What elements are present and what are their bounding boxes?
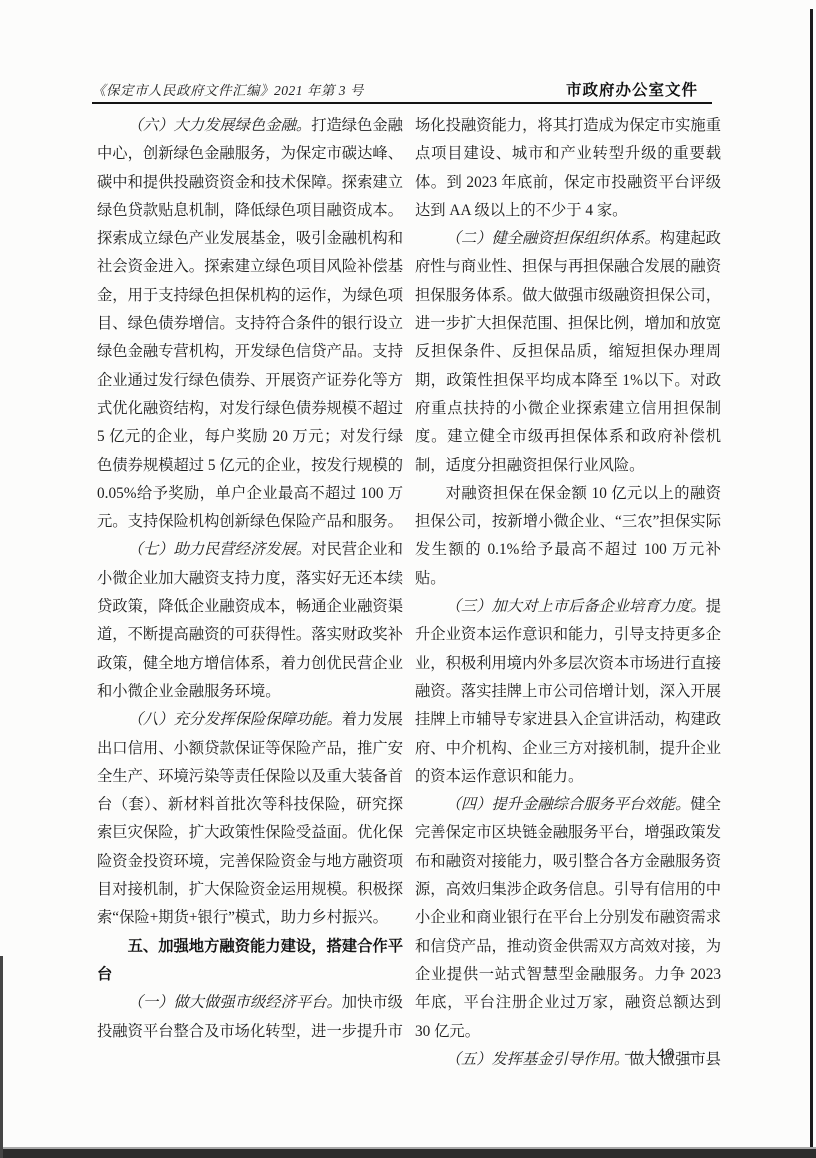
section-heading-5: 五、加强地方融资能力建设，搭建合作平台: [97, 933, 403, 990]
left-column: （六）大力发展绿色金融。打造绿色金融中心，创新绿色金融服务，为保定市碳达峰、碳中…: [97, 112, 403, 1046]
paragraph-item-1: （一）做大做强市级经济平台。加快市级投融资平台整合及市场化转型，进一步提升市: [97, 989, 403, 1046]
paragraph-item-4: （四）提升金融综合服务平台效能。健全完善保定市区块链金融服务平台，增强政策发布和…: [415, 791, 721, 1046]
paragraph-lead: （六）大力发展绿色金融。: [128, 117, 312, 134]
scan-edge-right: [810, 9, 813, 1149]
scan-edge-bottom: [0, 1147, 816, 1158]
paragraph-body: 构建起政府性与商业性、担保与再担保融合发展的融资担保服务体系。做大做强市级融资担…: [415, 230, 721, 473]
scan-edge-left: [0, 956, 3, 1158]
right-column: 场化投融资能力，将其打造成为保定市实施重点项目建设、城市和产业转型升级的重要载体…: [415, 112, 721, 1074]
paragraph-lead: （二）健全融资担保组织体系。: [446, 230, 660, 247]
paragraph-body: 对民营企业和小微企业加大融资支持力度，落实好无还本续贷政策，降低企业融资成本，畅…: [97, 541, 403, 699]
paragraph-subsidy: 对融资担保在保金额 10 亿元以上的融资担保公司，按新增小微企业、“三农”担保实…: [415, 480, 721, 593]
paragraph-item-2: （二）健全融资担保组织体系。构建起政府性与商业性、担保与再担保融合发展的融资担保…: [415, 225, 721, 480]
paragraph-lead: （八）充分发挥保险保障功能。: [128, 711, 342, 728]
paragraph-body: 健全完善保定市区块链金融服务平台，增强政策发布和融资对接能力，吸引整合各方金融服…: [415, 796, 721, 1039]
paragraph-item-6: （六）大力发展绿色金融。打造绿色金融中心，创新绿色金融服务，为保定市碳达峰、碳中…: [97, 112, 403, 536]
paragraph-body: 打造绿色金融中心，创新绿色金融服务，为保定市碳达峰、碳中和提供投融资资金和技术保…: [97, 117, 403, 530]
paragraph-body: 着力发展出口信用、小额贷款保证等保险产品，推广安全生产、环境污染等责任保险以及重…: [97, 711, 403, 926]
paragraph-continuation: 场化投融资能力，将其打造成为保定市实施重点项目建设、城市和产业转型升级的重要载体…: [415, 112, 721, 225]
page-number: — 149 —: [592, 1046, 732, 1063]
header-doc-category: 市政府办公室文件: [566, 78, 698, 100]
page-header: 《保定市人民政府文件汇编》2021 年第 3 号 市政府办公室文件: [92, 78, 712, 100]
paragraph-item-7: （七）助力民营经济发展。对民营企业和小微企业加大融资支持力度，落实好无还本续贷政…: [97, 536, 403, 706]
paragraph-lead: （三）加大对上市后备企业培育力度。: [446, 598, 706, 615]
paragraph-item-8: （八）充分发挥保险保障功能。着力发展出口信用、小额贷款保证等保险产品，推广安全生…: [97, 706, 403, 932]
paragraph-body: 提升企业资本运作意识和能力，引导支持更多企业，积极利用境内外多层次资本市场进行直…: [415, 598, 721, 785]
paragraph-lead: （七）助力民营经济发展。: [128, 541, 312, 558]
document-page: 《保定市人民政府文件汇编》2021 年第 3 号 市政府办公室文件 （六）大力发…: [0, 0, 816, 1158]
paragraph-lead: （一）做大做强市级经济平台。: [128, 994, 342, 1011]
header-compilation-title: 《保定市人民政府文件汇编》2021 年第 3 号: [92, 79, 364, 99]
paragraph-item-3: （三）加大对上市后备企业培育力度。提升企业资本运作意识和能力，引导支持更多企业，…: [415, 593, 721, 791]
header-rule: [92, 102, 712, 104]
paragraph-lead: （四）提升金融综合服务平台效能。: [446, 796, 691, 813]
